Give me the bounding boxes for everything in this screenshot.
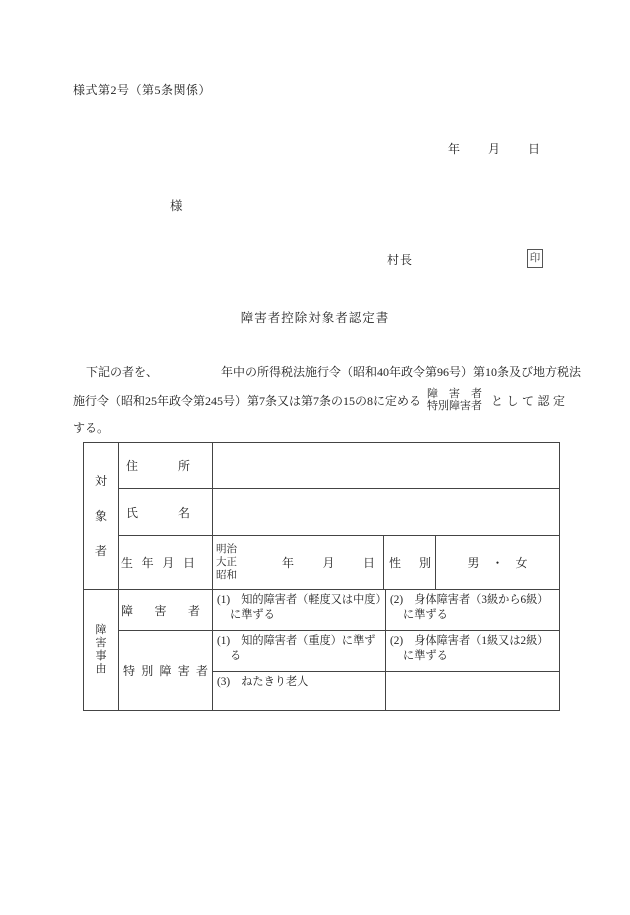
document-page: 様式第2号（第5条関係） 年 月 日 様 村長 印 障害者控除対象者認定書 下記… [0,0,630,915]
birth-units: 年 月 日 [237,554,383,571]
subject-char-3: 者 [95,534,107,569]
era-list: 明治 大正 昭和 [216,543,237,582]
stack-top-label: 障 害 者 [427,388,482,400]
reason-char-2: 害 [96,637,107,650]
special-char-2: 別 [141,662,153,679]
issuer-title: 村長 [387,251,413,268]
sex-char-2: 別 [419,554,431,571]
body-line-2-tail: として認定 [491,392,569,409]
era-meiji: 明治 [216,543,237,556]
special-clause-3-cell: (3) ねたきり老人 [213,672,386,710]
sex-char-1: 性 [389,554,401,571]
reason-char-4: 由 [96,663,107,676]
address-char-2: 所 [178,457,190,474]
special-char-1: 特 [123,662,135,679]
year-label: 年 [448,140,460,157]
disabled-clause-1-cell: (1) 知的障害者（軽度又は中度）に準ずる [213,590,386,631]
reason-group-label: 障 害 事 由 [84,590,119,710]
disabled-char-1: 障 [121,602,133,619]
special-clause-1-cell: (1) 知的障害者（重度）に準ずる [213,631,386,672]
name-value-cell [213,489,559,536]
disabled-label-cell: 障 害 者 [119,590,213,631]
era-showa: 昭和 [216,569,237,582]
body-line-2: 施行令（昭和25年政令第245号）第7条又は第7条の15の8に定める 障 害 者… [73,386,583,414]
birth-value-cell: 明治 大正 昭和 年 月 日 [213,536,384,590]
name-char-1: 氏 [126,504,138,521]
certification-table: 対 象 者 住 所 氏 名 生 年 月 日 明治 大正 昭和 年 [83,442,560,711]
special-char-5: 者 [196,662,208,679]
reason-char-1: 障 [96,624,107,637]
addressee-honorific: 様 [170,196,183,214]
birth-day-unit: 日 [363,554,375,571]
special-clause-2-cell: (2) 身体障害者（1級又は2級）に準ずる [386,631,559,672]
page-title: 障害者控除対象者認定書 [0,308,630,326]
birth-char-1: 生 [121,554,133,571]
date-line: 年 月 日 [448,140,540,157]
disabled-clause-2-cell: (2) 身体障害者（3級から6級）に準ずる [386,590,559,631]
disabled-char-3: 者 [188,602,200,619]
disabled-or-special-stack: 障 害 者 特別障害者 [427,388,482,412]
body-paragraph: 下記の者を、年中の所得税法施行令（昭和40年政令第96号）第10条及び地方税法 … [73,358,583,442]
birth-char-2: 年 [142,554,154,571]
empty-cell [386,672,559,710]
day-label: 日 [528,140,540,157]
special-char-3: 障 [159,662,171,679]
subject-char-2: 象 [95,499,107,534]
subject-char-1: 対 [95,464,107,499]
address-value-cell [213,443,559,489]
sex-options: 男 ・ 女 [467,554,527,571]
era-taisho: 大正 [216,556,237,569]
subject-group-label: 対 象 者 [84,443,119,590]
body-line-2-lead: 施行令（昭和25年政令第245号）第7条又は第7条の15の8に定める [73,392,421,409]
address-label-cell: 住 所 [119,443,213,489]
special-char-4: 害 [178,662,190,679]
birth-year-unit: 年 [282,554,294,571]
body-line-1: 下記の者を、年中の所得税法施行令（昭和40年政令第96号）第10条及び地方税法 [73,358,583,386]
birth-char-4: 日 [183,554,195,571]
body-line-3: する。 [73,414,583,442]
address-char-1: 住 [126,457,138,474]
month-label: 月 [488,140,500,157]
birth-month-unit: 月 [322,554,334,571]
birth-label-cell: 生 年 月 日 [119,536,213,590]
seal-mark: 印 [527,249,543,268]
name-label-cell: 氏 名 [119,489,213,536]
body-line-1-lead: 下記の者を、 [86,365,158,379]
body-line-1-rest: 年中の所得税法施行令（昭和40年政令第96号）第10条及び地方税法 [221,365,581,379]
special-label-cell: 特 別 障 害 者 [119,631,213,710]
birth-char-3: 月 [162,554,174,571]
name-char-2: 名 [178,504,190,521]
disabled-char-2: 害 [154,602,166,619]
sex-label-cell: 性 別 [384,536,436,590]
sex-value-cell: 男 ・ 女 [436,536,559,590]
form-number: 様式第2号（第5条関係） [73,81,211,98]
stack-bottom-label: 特別障害者 [427,400,482,412]
reason-char-3: 事 [96,650,107,663]
